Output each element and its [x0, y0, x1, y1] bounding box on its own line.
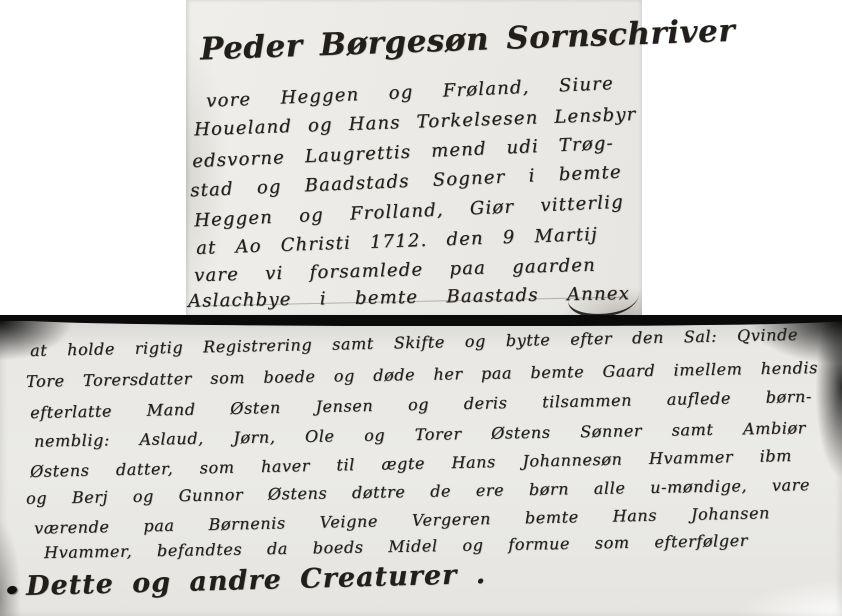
manuscript-line: og Berj og Gunnor Østens døttre de ere b… [26, 475, 810, 508]
manuscript-line: at Ao Christi 1712. den 9 Martij [196, 224, 598, 259]
manuscript-line: at holde rigtig Registrering samt Skifte… [30, 325, 798, 360]
scanned-document-page: Peder Børgesøn Sornschriver vore Heggen … [0, 0, 842, 616]
manuscript-heading: Peder Børgesøn Sornschriver [200, 17, 629, 68]
manuscript-line: Østens datter, som haver til ægte Hans J… [30, 446, 792, 481]
ink-blot [6, 585, 18, 595]
manuscript-line: vare vi forsamlede paa gaarden [194, 255, 596, 287]
manuscript-line: efterlatte Mand Østen Jensen og deris ti… [30, 387, 812, 422]
scan-edge-shadow [0, 318, 842, 326]
top-manuscript-fragment: Peder Børgesøn Sornschriver vore Heggen … [186, 0, 642, 318]
manuscript-line: nemblig: Aslaud, Jørn, Ole og Torer Øste… [34, 418, 806, 450]
manuscript-footer-heading: Dette og andre Creaturer . [26, 559, 487, 602]
manuscript-line: Hvammer, befandtes da boeds Midel og for… [44, 531, 748, 562]
bottom-manuscript-fragment: at holde rigtig Registrering samt Skifte… [0, 315, 842, 616]
manuscript-line: Tore Torersdatter som boede og døde her … [26, 358, 818, 391]
